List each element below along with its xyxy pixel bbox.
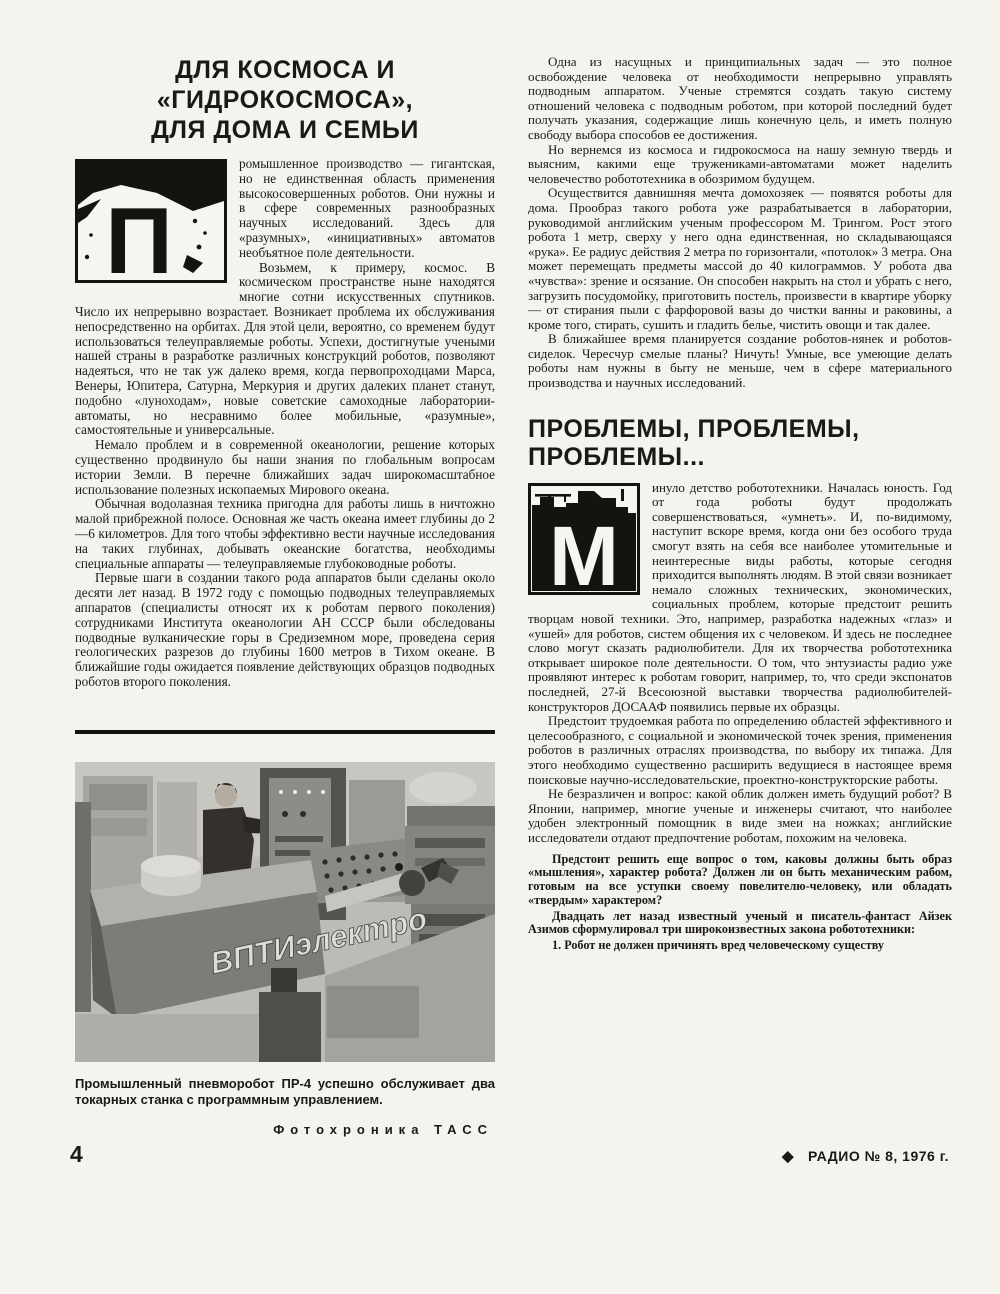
magazine-page: ДЛЯ КОСМОСА И «ГИДРОКОСМОСА», ДЛЯ ДОМА И…: [0, 0, 1000, 1294]
dropcap-p-letter: П: [105, 188, 173, 283]
dropcap-m-graphic: М: [528, 483, 640, 599]
right-column: Одна из насущных и принципиальных задач …: [528, 55, 952, 953]
page-number: 4: [70, 1141, 83, 1168]
body-paragraph: Обычная водолазная техника пригодна для …: [75, 497, 495, 571]
footer: ◆РАДИО № 8, 1976 г.: [782, 1147, 949, 1165]
small-paragraph: Предстоит решить еще вопрос о том, каков…: [528, 853, 952, 908]
small-paragraph: 1. Робот не должен причинять вред челове…: [528, 939, 952, 953]
dropcap-m-letter: М: [549, 509, 619, 595]
body-paragraph: Немало проблем и в современной океанолог…: [75, 438, 495, 497]
body-paragraph: В ближайшее время планируется создание р…: [528, 332, 952, 390]
body-paragraph: Возьмем, к примеру, космос. В космическо…: [75, 261, 495, 439]
small-paragraph: Двадцать лет назад известный ученый и пи…: [528, 910, 952, 938]
footer-text: РАДИО № 8, 1976 г.: [808, 1148, 949, 1164]
headline-line-1: ДЛЯ КОСМОСА И «ГИДРОКОСМОСА»,: [157, 56, 413, 114]
photo-caption: Промышленный пневморобот ПР-4 успешно об…: [75, 1076, 495, 1109]
right-article-body: Одна из насущных и принципиальных задач …: [528, 55, 952, 846]
section-divider-rule: [75, 730, 495, 734]
diamond-icon: ◆: [782, 1148, 794, 1165]
dropcap-p-graphic: П: [75, 159, 227, 287]
left-article-body: П ромышленное производство — гигантская,…: [75, 157, 495, 690]
body-paragraph: Одна из насущных и принципиальных задач …: [528, 55, 952, 143]
small-print-block: Предстоит решить еще вопрос о том, каков…: [528, 853, 952, 954]
left-column: ДЛЯ КОСМОСА И «ГИДРОКОСМОСА», ДЛЯ ДОМА И…: [75, 55, 495, 1137]
photo-credit: Фотохроника ТАСС: [75, 1122, 495, 1137]
body-paragraph: Первые шаги в создании такого рода аппар…: [75, 571, 495, 689]
photo-industrial-robot: ВПТИэлектро: [75, 762, 495, 1062]
headline-line-2: ДЛЯ ДОМА И СЕМЬИ: [151, 116, 419, 144]
article-headline: ДЛЯ КОСМОСА И «ГИДРОКОСМОСА», ДЛЯ ДОМА И…: [75, 55, 495, 145]
lead-paragraph-space: П ромышленное производство — гигантская,…: [75, 157, 495, 261]
body-paragraph: Не безразличен и вопрос: какой облик дол…: [528, 787, 952, 845]
lead-paragraph-problems: М инуло детство робототехники. Началась …: [528, 481, 952, 715]
lead-paragraph-text: ромышленное производство — гигантская, н…: [239, 156, 495, 260]
body-paragraph: Осуществится давнишняя мечта домохозяек …: [528, 186, 952, 332]
section-headline: ПРОБЛЕМЫ, ПРОБЛЕМЫ, ПРОБЛЕМЫ...: [528, 415, 952, 471]
body-paragraph: Предстоит трудоемкая работа по определен…: [528, 714, 952, 787]
body-paragraph: Но вернемся из космоса и гидрокосмоса на…: [528, 143, 952, 187]
